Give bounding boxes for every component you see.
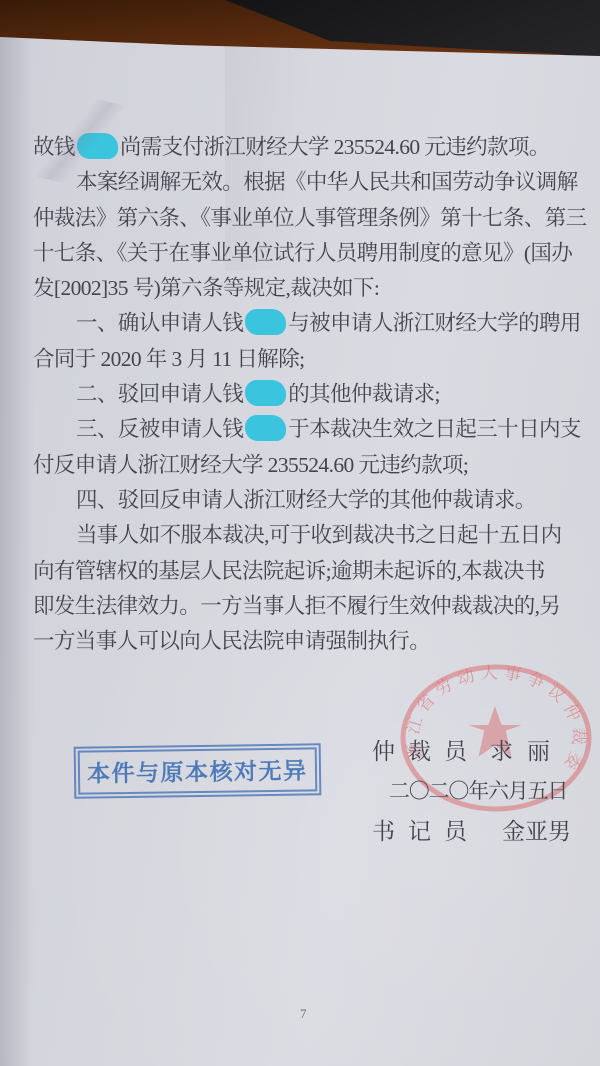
body-text-segment: 十七条、《关于在事业单位试行人员聘用制度的意见》(国办: [33, 241, 572, 265]
copy-verification-stamp-text: 本件与原本核对无异: [78, 747, 317, 794]
body-text-segment: 的其他仲裁请求;: [288, 382, 440, 406]
body-text-segment: 三、反被申请人钱: [76, 417, 243, 441]
body-line: 即发生法律效力。一方当事人拒不履行生效仲裁裁决的,另: [33, 589, 570, 624]
document-photo: 故钱尚需支付浙江财经大学 235524.60 元违约款项。本案经调解无效。根据《…: [0, 0, 600, 1066]
body-text-segment: 合同于 2020 年 3 月 11 日解除;: [33, 347, 304, 371]
body-text-segment: 故钱: [33, 135, 75, 159]
body-text-segment: 本案经调解无效。根据《中华人民共和国劳动争议调解: [76, 170, 578, 194]
arbitrator-label: 仲裁员: [372, 739, 480, 764]
body-text-segment: 与被申请人浙江财经大学的聘用: [288, 311, 581, 335]
arbitrator-line: 仲裁员求丽: [372, 733, 564, 766]
arbitrator-name: 求丽: [490, 739, 564, 764]
body-line: 合同于 2020 年 3 月 11 日解除;: [33, 342, 570, 377]
body-line: 当事人如不服本裁决,可于收到裁决书之日起十五日内: [33, 518, 570, 553]
page-number: 7: [300, 1006, 307, 1022]
body-text-segment: 发[2002]35 号)第六条等规定,裁决如下:: [33, 276, 379, 300]
body-line: 向有管辖权的基层人民法院起诉;逾期未起诉的,本裁决书: [33, 554, 570, 589]
redaction-blob: [77, 133, 118, 159]
body-text-segment: 四、驳回反申请人浙江财经大学的其他仲裁请求。: [76, 488, 536, 512]
body-line: 故钱尚需支付浙江财经大学 235524.60 元违约款项。: [33, 130, 570, 165]
body-line: 二、驳回申请人钱的其他仲裁请求;: [33, 377, 570, 412]
redaction-blob: [245, 309, 286, 335]
body-line: 本案经调解无效。根据《中华人民共和国劳动争议调解: [33, 165, 570, 200]
clerk-label: 书记员: [372, 819, 480, 844]
clerk-line: 书记员金亚男: [372, 813, 571, 846]
body-text-segment: 向有管辖权的基层人民法院起诉;逾期未起诉的,本裁决书: [33, 559, 545, 583]
body-text-segment: 尚需支付浙江财经大学 235524.60 元违约款项。: [120, 135, 550, 159]
ruling-text: 故钱尚需支付浙江财经大学 235524.60 元违约款项。本案经调解无效。根据《…: [33, 130, 570, 659]
document-page: 故钱尚需支付浙江财经大学 235524.60 元违约款项。本案经调解无效。根据《…: [0, 0, 600, 1066]
body-text-segment: 付反申请人浙江财经大学 235524.60 元违约款项;: [33, 453, 468, 477]
copy-verification-stamp: 本件与原本核对无异: [74, 743, 321, 798]
redaction-blob: [245, 380, 286, 406]
body-text-segment: 于本裁决生效之日起三十日内支: [288, 417, 581, 441]
body-text-segment: 二、驳回申请人钱: [76, 382, 243, 406]
body-text-segment: 当事人如不服本裁决,可于收到裁决书之日起十五日内: [76, 523, 561, 547]
body-line: 仲裁法》第六条、《事业单位人事管理条例》第十七条、第三: [33, 201, 570, 236]
body-line: 付反申请人浙江财经大学 235524.60 元违约款项;: [33, 448, 570, 483]
body-text-segment: 仲裁法》第六条、《事业单位人事管理条例》第十七条、第三: [33, 206, 587, 230]
body-text-segment: 一方当事人可以向人民法院申请强制执行。: [33, 629, 430, 653]
body-line: 发[2002]35 号)第六条等规定,裁决如下:: [33, 271, 570, 306]
redaction-blob: [245, 415, 286, 441]
body-line: 十七条、《关于在事业单位试行人员聘用制度的意见》(国办: [33, 236, 570, 271]
body-line: 四、驳回反申请人浙江财经大学的其他仲裁请求。: [33, 483, 570, 518]
body-text-segment: 一、确认申请人钱: [76, 311, 243, 335]
body-text-segment: 即发生法律效力。一方当事人拒不履行生效仲裁裁决的,另: [33, 594, 560, 618]
body-line: 一、确认申请人钱与被申请人浙江财经大学的聘用: [33, 306, 570, 341]
body-line: 三、反被申请人钱于本裁决生效之日起三十日内支: [33, 412, 570, 447]
clerk-name: 金亚男: [502, 819, 571, 844]
ruling-date: 二〇二〇年六月五日: [389, 775, 567, 805]
body-line: 一方当事人可以向人民法院申请强制执行。: [33, 624, 570, 659]
